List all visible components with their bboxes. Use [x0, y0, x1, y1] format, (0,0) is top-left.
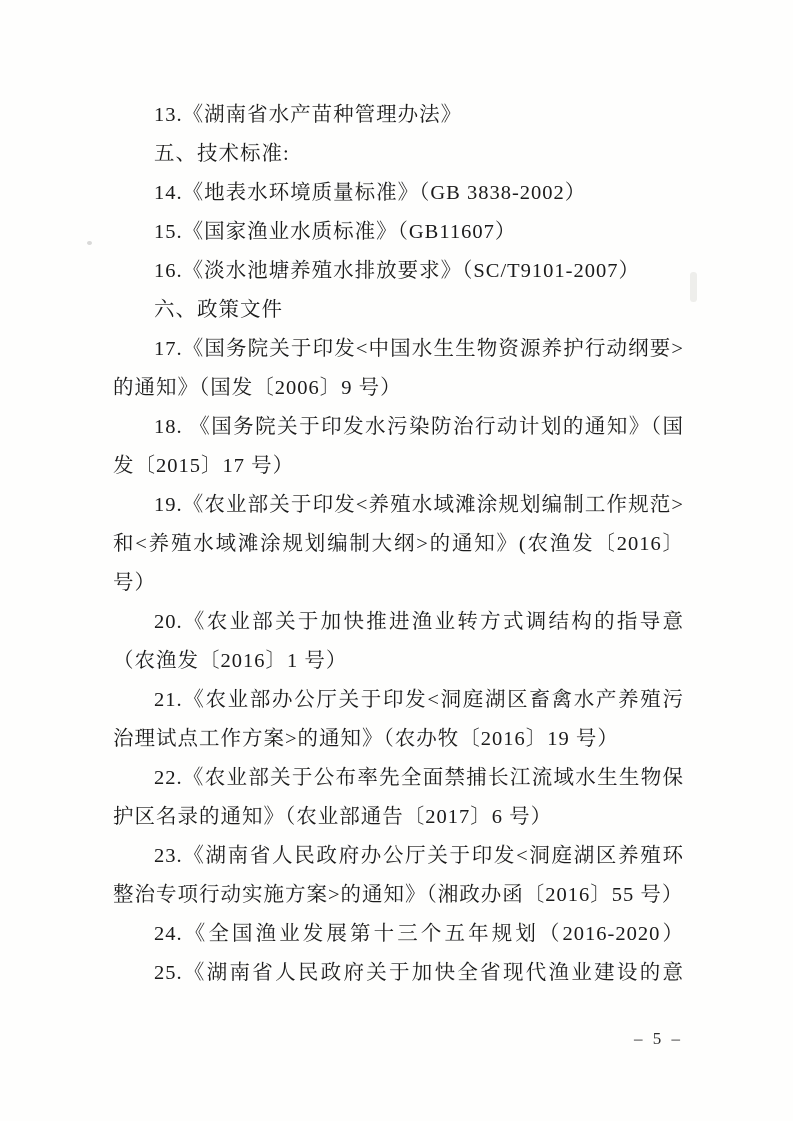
text-line: 五、技术标准:	[113, 135, 684, 174]
text-line: 20.《农业部关于加快推进渔业转方式调结构的指导意见》	[113, 603, 684, 642]
text-line: 13.《湖南省水产苗种管理办法》	[113, 96, 684, 135]
text-line: 18. 《国务院关于印发水污染防治行动计划的通知》（国	[113, 408, 684, 447]
text-line: 22.《农业部关于公布率先全面禁捕长江流域水生生物保	[113, 759, 684, 798]
text-line: 19.《农业部关于印发<养殖水域滩涂规划编制工作规范>	[113, 486, 684, 525]
text-line: 16.《淡水池塘养殖水排放要求》（SC/T9101-2007）	[113, 252, 684, 291]
text-line: 发〔2015〕17 号）	[113, 447, 684, 486]
text-line: 17.《国务院关于印发<中国水生生物资源养护行动纲要>	[113, 330, 684, 369]
document-body: 13.《湖南省水产苗种管理办法》五、技术标准:14.《地表水环境质量标准》（GB…	[113, 96, 684, 993]
text-line: 21.《农业部办公厅关于印发<洞庭湖区畜禽水产养殖污染	[113, 681, 684, 720]
scan-smudge	[690, 272, 697, 302]
text-line: 号）	[113, 564, 684, 603]
page-number: – 5 –	[634, 1028, 683, 1050]
text-line: 的通知》（国发〔2006〕9 号）	[113, 369, 684, 408]
text-line: 25.《湖南省人民政府关于加快全省现代渔业建设的意见》	[113, 954, 684, 993]
text-line: 14.《地表水环境质量标准》（GB 3838-2002）	[113, 174, 684, 213]
text-line: 治理试点工作方案>的通知》（农办牧〔2016〕19 号）	[113, 720, 684, 759]
text-line: 整治专项行动实施方案>的通知》（湘政办函〔2016〕55 号）	[113, 876, 684, 915]
text-line: 23.《湖南省人民政府办公厅关于印发<洞庭湖区养殖环境	[113, 837, 684, 876]
text-line: 护区名录的通知》（农业部通告〔2017〕6 号）	[113, 798, 684, 837]
text-line: 六、政策文件	[113, 291, 684, 330]
text-line: 和<养殖水域滩涂规划编制大纲>的通知》(农渔发〔2016〕39	[113, 525, 684, 564]
text-line: 24.《全国渔业发展第十三个五年规划（2016-2020）年》;	[113, 915, 684, 954]
document-page: 13.《湖南省水产苗种管理办法》五、技术标准:14.《地表水环境质量标准》（GB…	[0, 0, 793, 1121]
text-line: 15.《国家渔业水质标准》（GB11607）	[113, 213, 684, 252]
text-line: （农渔发〔2016〕1 号）	[113, 642, 684, 681]
scan-speck	[87, 241, 92, 245]
